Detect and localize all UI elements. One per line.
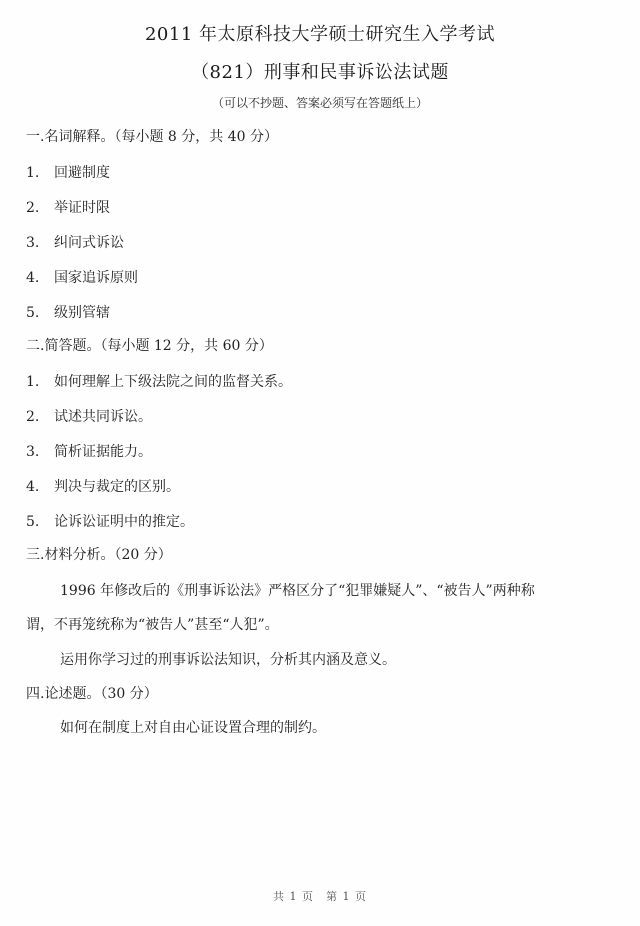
page-footer: 共 1 页 第 1 页	[0, 888, 640, 904]
item-text: 论诉讼证明中的推定。	[54, 514, 194, 530]
item-number: 4.	[26, 270, 54, 286]
section-2-item: 3.简析证据能力。	[26, 441, 152, 461]
section-2-item: 4.判决与裁定的区别。	[26, 476, 180, 496]
item-text: 判决与裁定的区别。	[54, 479, 180, 495]
item-text: 纠问式诉讼	[54, 235, 124, 251]
item-number: 2.	[26, 409, 54, 425]
section-1-item: 5.级别管辖	[26, 302, 110, 322]
item-text: 试述共同诉讼。	[54, 409, 152, 425]
item-text: 级别管辖	[54, 305, 110, 321]
essay-question: 如何在制度上对自由心证设置合理的制约。	[60, 717, 326, 737]
section-1-heading: 一.名词解释。（每小题 8 分，共 40 分）	[26, 126, 278, 146]
exam-subtitle: （821）刑事和民事诉讼法试题	[0, 58, 640, 84]
section-2-item: 2.试述共同诉讼。	[26, 406, 152, 426]
item-text: 简析证据能力。	[54, 444, 152, 460]
item-number: 5.	[26, 514, 54, 530]
section-1-item: 1.回避制度	[26, 162, 110, 182]
analysis-question: 运用你学习过的刑事诉讼法知识，分析其内涵及意义。	[60, 649, 396, 669]
section-1-item: 4.国家追诉原则	[26, 267, 138, 287]
section-4-heading: 四.论述题。（30 分）	[26, 683, 158, 703]
exam-instruction-note: （可以不抄题、答案必须写在答题纸上）	[0, 94, 640, 111]
item-text: 如何理解上下级法院之间的监督关系。	[54, 374, 292, 390]
section-1-item: 3.纠问式诉讼	[26, 232, 124, 252]
section-3-heading: 三.材料分析。（20 分）	[26, 544, 172, 564]
item-number: 3.	[26, 444, 54, 460]
section-2-item: 5.论诉讼证明中的推定。	[26, 511, 194, 531]
section-1-item: 2.举证时限	[26, 197, 110, 217]
item-number: 2.	[26, 200, 54, 216]
section-2-item: 1.如何理解上下级法院之间的监督关系。	[26, 371, 292, 391]
item-text: 国家追诉原则	[54, 270, 138, 286]
item-number: 4.	[26, 479, 54, 495]
item-text: 举证时限	[54, 200, 110, 216]
material-paragraph-line: 1996 年修改后的《刑事诉讼法》严格区分了“犯罪嫌疑人”、“被告人”两种称	[60, 580, 535, 600]
section-2-heading: 二.简答题。（每小题 12 分，共 60 分）	[26, 335, 273, 355]
item-text: 回避制度	[54, 165, 110, 181]
exam-title: 2011 年太原科技大学硕士研究生入学考试	[0, 20, 640, 46]
exam-page: 2011 年太原科技大学硕士研究生入学考试 （821）刑事和民事诉讼法试题 （可…	[0, 0, 640, 926]
item-number: 1.	[26, 374, 54, 390]
item-number: 5.	[26, 305, 54, 321]
item-number: 1.	[26, 165, 54, 181]
material-paragraph-line: 谓，不再笼统称为“被告人”甚至“人犯”。	[26, 614, 279, 634]
item-number: 3.	[26, 235, 54, 251]
